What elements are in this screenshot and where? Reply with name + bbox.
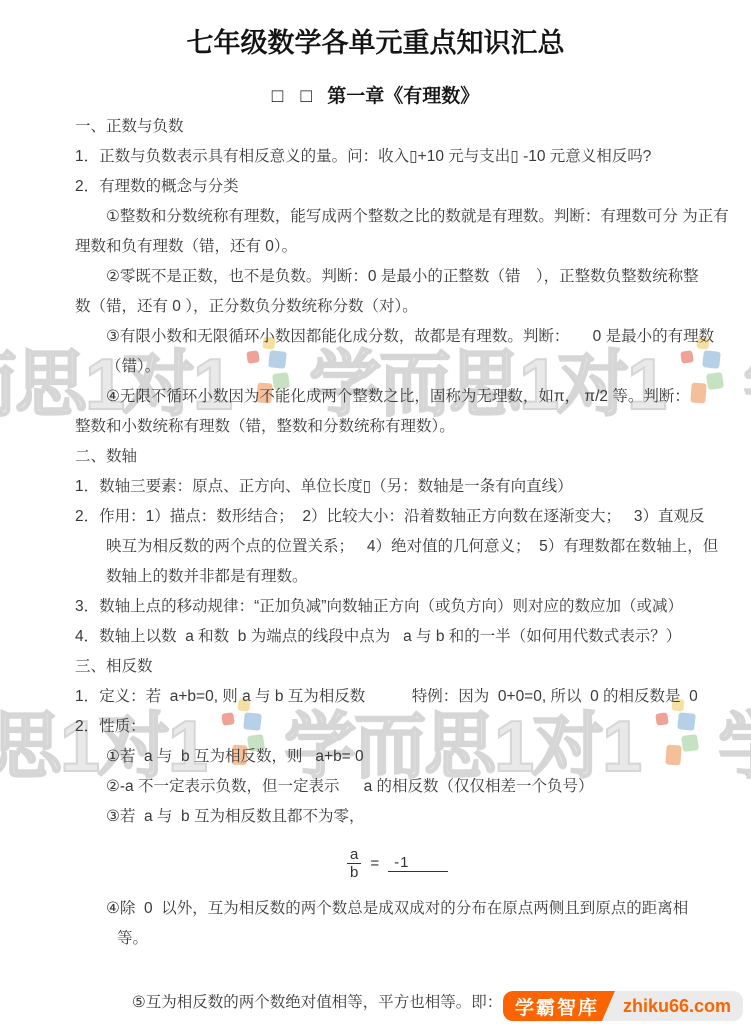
zhiku-brand-badge: 学霸智库 (503, 991, 615, 1021)
document-page: 七年级数学各单元重点知识汇总 □ □ 第一章《有理数》 一、正数与负数 1．正数… (0, 0, 751, 984)
text-line: ③有限小数和无限循环小数因都能化成分数，故都是有理数。判断： 0 是最小的有理数 (75, 322, 751, 352)
text-line: ②-a 不一定表示负数，但一定表示 a 的相反数（仅仅相差一个负号） (75, 772, 751, 802)
chapter-title: 第一章《有理数》 (327, 86, 479, 107)
text-line: 数（错，还有 0 ），正分数负分数统称分数（对）。 (75, 292, 751, 322)
text-line: 2．有理数的概念与分类 (75, 172, 751, 202)
text-line: ④无限不循环小数因为不能化成两个整数之比，固称为无理数，如π， π/2 等。判断… (75, 382, 751, 412)
text-line: 3．数轴上点的移动规律：“正加负减”向数轴正方向（或负方向）则对应的数应加（或减… (75, 592, 751, 622)
text-line: （错）。 (75, 352, 751, 382)
text-line: 等。 (75, 924, 751, 954)
text-line: ③若 a 与 b 互为相反数且都不为零， (75, 802, 751, 832)
chapter-heading: □ □ 第一章《有理数》 (0, 82, 751, 112)
body-text: 一、正数与负数 1．正数与负数表示具有相反意义的量。问：收入▯+10 元与支出▯… (0, 112, 751, 984)
text-line: 数轴上的数并非都是有理数。 (75, 562, 751, 592)
text-line: 4．数轴上以数 a 和数 b 为端点的线段中点为 a 与 b 和的一半（如何用代… (75, 622, 751, 652)
text-line: 2．性质： (75, 712, 751, 742)
fraction-equation: a b = -1 (75, 832, 751, 894)
equals-sign: = (370, 855, 379, 872)
text-line: 1．定义：若 a+b=0, 则 a 与 b 互为相反数 特例：因为 0+0=0,… (75, 682, 751, 712)
text-line: 1．正数与负数表示具有相反意义的量。问：收入▯+10 元与支出▯ -10 元意义… (75, 142, 751, 172)
fraction-denominator: b (347, 863, 361, 881)
missing-glyph-boxes: □ □ (272, 86, 318, 107)
text-line: 1．数轴三要素：原点、正方向、单位长度▯（另：数轴是一条有向直线） (75, 472, 751, 502)
text-line: 2．作用：1）描点：数形结合； 2）比较大小：沿着数轴正方向数在逐渐变大； 3）… (75, 502, 751, 532)
page-title: 七年级数学各单元重点知识汇总 (0, 22, 751, 64)
text-line: ④除 0 以外，互为相反数的两个数总是成双成对的分布在原点两侧且到原点的距离相 (75, 894, 751, 924)
text-line: ①若 a 与 b 互为相反数，则 a+b= 0 (75, 742, 751, 772)
text-line-with-formula: ⑤互为相反数的两个数绝对值相等，平方也相等。即：|a|=|-a|， a2 =(−… (75, 954, 751, 984)
section-heading: 三、相反数 (75, 652, 751, 682)
fraction-value: -1 (388, 854, 448, 872)
text-line: ①整数和分数统称有理数，能写成两个整数之比的数就是有理数。判断：有理数可分 为正… (75, 202, 751, 232)
section-heading: 一、正数与负数 (75, 112, 751, 142)
text-line: 映互为相反数的两个点的位置关系； 4）绝对值的几何意义； 5）有理数都在数轴上，… (75, 532, 751, 562)
text-line: ②零既不是正数，也不是负数。判断：0 是最小的正整数（错 ），正整数负整数统称整 (75, 262, 751, 292)
section-heading: 二、数轴 (75, 442, 751, 472)
fraction-numerator: a (350, 846, 358, 863)
text-line: 整数和小数统称有理数（错，整数和分数统称有理数）。 (75, 412, 751, 442)
zhiku-domain-badge: zhiku66.com (601, 991, 743, 1021)
fraction-a-over-b: a b (347, 846, 361, 881)
text-line: ⑤互为相反数的两个数绝对值相等，平方也相等。即： (132, 994, 502, 1011)
text-line: 理数和负有理数（错，还有 0）。 (75, 232, 751, 262)
zhiku-logo: 学霸智库 zhiku66.com (503, 991, 743, 1021)
